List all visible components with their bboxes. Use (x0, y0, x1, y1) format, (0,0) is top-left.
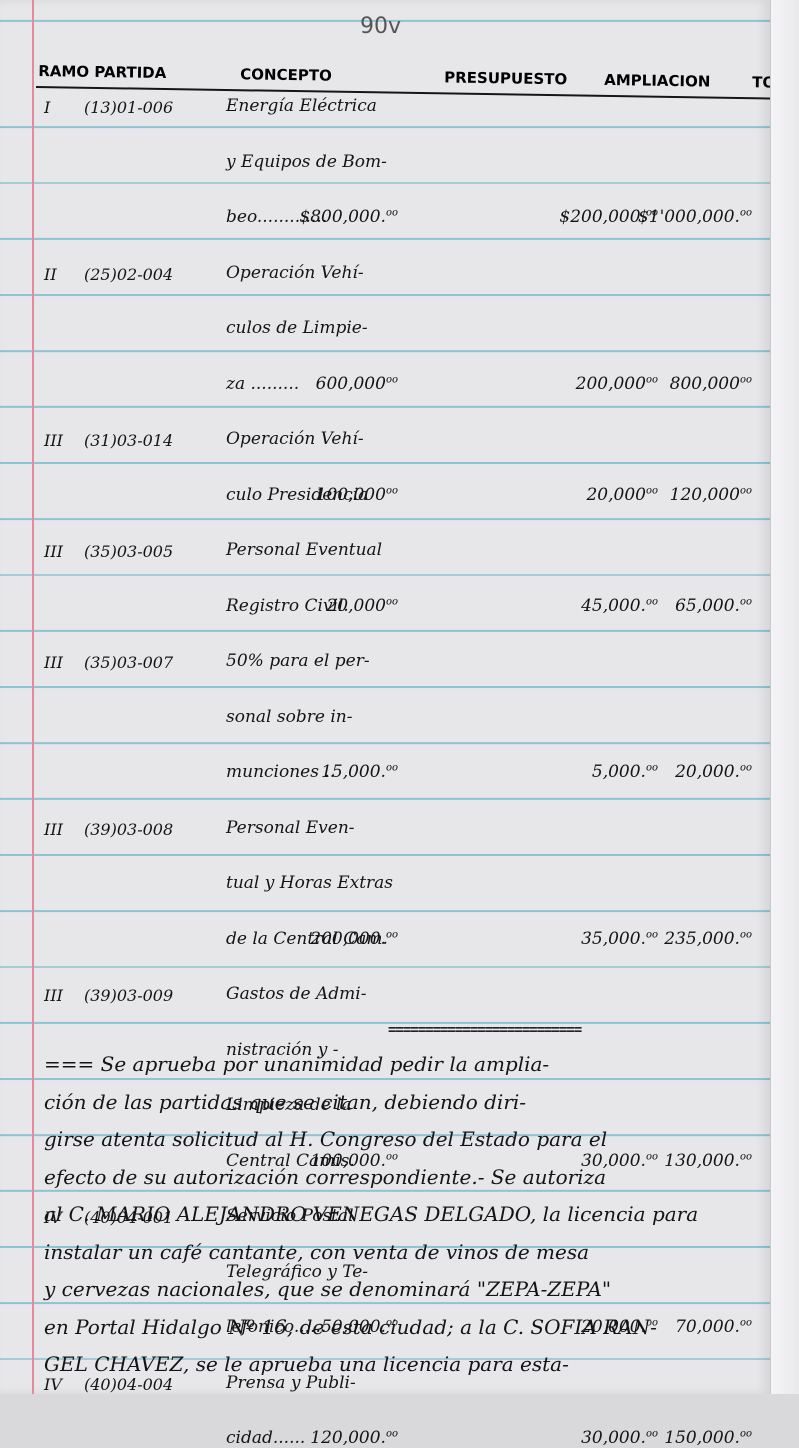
paragraph-line: GEL CHAVEZ, se le aprueba una licencia p… (44, 1352, 774, 1376)
cents-mark: oo (386, 207, 398, 218)
total-amount: $1'000,000.oo (638, 207, 752, 227)
ramo-partida-code: I(13)01-006 (44, 98, 173, 117)
header-ramo-partida: RAMO PARTIDA (38, 62, 166, 82)
cents-mark: oo (740, 207, 752, 218)
cents-mark: oo (646, 929, 658, 940)
paragraph-line: === Se aprueba por unanimidad pedir la a… (44, 1052, 774, 1076)
cents-mark: oo (740, 485, 752, 496)
total-amount: 20,000.oo (675, 762, 752, 782)
concepto-line: Gastos de Admi- (226, 984, 366, 1004)
ramo: I (44, 98, 84, 117)
header-ampliacion: AMPLIACION (604, 71, 710, 91)
paragraph-line: y cervezas nacionales, que se denominará… (44, 1277, 774, 1301)
partida: (25)02-004 (84, 265, 173, 284)
cents-mark: oo (740, 374, 752, 385)
ampliacion-amount: 200,000oo (576, 374, 658, 394)
ampliacion-amount: 35,000.oo (581, 929, 658, 949)
paragraph-line: al C. MARIO ALEJANDRO VENEGAS DELGADO, l… (44, 1202, 774, 1226)
cents-mark: oo (740, 762, 752, 773)
cents-mark: oo (646, 485, 658, 496)
ramo: III (44, 820, 84, 839)
paragraph-line: ción de las partidas que se citan, debie… (44, 1090, 774, 1114)
ramo-partida-code: III(35)03-007 (44, 653, 173, 672)
ramo: III (44, 653, 84, 672)
concepto-line: Operación Vehí- (226, 429, 364, 449)
cents-mark: oo (386, 929, 398, 940)
ramo: III (44, 986, 84, 1005)
presupuesto-amount: 600,000oo (316, 374, 398, 394)
concepto-line: Personal Even- (226, 818, 355, 838)
ramo: IV (44, 1375, 84, 1394)
paragraph-line: instalar un café cantante, con venta de … (44, 1240, 774, 1264)
total-amount: 65,000.oo (675, 596, 752, 616)
column-header-row: RAMO PARTIDA CONCEPTO PRESUPUESTO AMPLIA… (36, 56, 774, 100)
concepto-line: culos de Limpie- (226, 318, 368, 338)
page-number: 90v (360, 14, 401, 39)
ampliacion-amount: 45,000.oo (581, 596, 658, 616)
concepto-line: tual y Horas Extras (226, 873, 393, 893)
partida: (35)03-005 (84, 542, 173, 561)
header-presupuesto: PRESUPUESTO (444, 68, 567, 88)
paragraph-line: en Portal Hidalgo Nº 16, de esta ciudad;… (44, 1315, 774, 1339)
ramo-partida-code: III(39)03-008 (44, 820, 173, 839)
presupuesto-amount: 15,000.oo (321, 762, 398, 782)
cents-mark: oo (386, 1151, 398, 1162)
cents-mark: oo (740, 596, 752, 607)
cents-mark: oo (646, 1151, 658, 1162)
ramo-partida-code: II(25)02-004 (44, 265, 173, 284)
cents-mark: oo (740, 1151, 752, 1162)
concepto-line: za ......... (226, 374, 299, 394)
concepto-line: Personal Eventual (226, 540, 382, 560)
cents-mark: oo (386, 762, 398, 773)
page-edge (770, 0, 799, 1394)
ampliacion-amount: 5,000.oo (592, 762, 658, 782)
cents-mark: oo (386, 596, 398, 607)
ramo-partida-code: III(31)03-014 (44, 431, 173, 450)
total-amount: 120,000oo (670, 485, 752, 505)
red-margin-line (32, 0, 34, 1394)
separator-line: ========================== (388, 1022, 762, 1038)
header-concepto: CONCEPTO (240, 65, 332, 84)
ramo: II (44, 265, 84, 284)
ramo: III (44, 542, 84, 561)
ramo: III (44, 431, 84, 450)
ledger-page: 90v RAMO PARTIDA CONCEPTO PRESUPUESTO AM… (0, 0, 770, 1394)
paragraph-line: girse atenta solicitud al H. Congreso de… (44, 1127, 774, 1151)
cents-mark: oo (646, 596, 658, 607)
paragraph-line: efecto de su autorización correspondient… (44, 1165, 774, 1189)
total-amount: 235,000.oo (664, 929, 752, 949)
partida: (13)01-006 (84, 98, 173, 117)
ramo-partida-code: IV(40)04-004 (44, 1375, 173, 1394)
total-amount: 800,000oo (670, 374, 752, 394)
ramo-partida-code: III(39)03-009 (44, 986, 173, 1005)
cents-mark: oo (386, 485, 398, 496)
ramo-partida-code: III(35)03-005 (44, 542, 173, 561)
cents-mark: oo (386, 374, 398, 385)
presupuesto-amount: $800,000.oo (299, 207, 398, 227)
presupuesto-amount: 200,000.oo (310, 929, 398, 949)
cents-mark: oo (740, 929, 752, 940)
concepto-line: munciones .. (226, 762, 335, 782)
partida: (31)03-014 (84, 431, 173, 450)
ampliacion-amount: 20,000oo (586, 485, 658, 505)
partida: (39)03-008 (84, 820, 173, 839)
partida: (40)04-004 (84, 1375, 173, 1394)
partida: (35)03-007 (84, 653, 173, 672)
cents-mark: oo (646, 762, 658, 773)
concepto-line: y Equipos de Bom- (226, 152, 387, 172)
cents-mark: oo (646, 374, 658, 385)
partida: (39)03-009 (84, 986, 173, 1005)
presupuesto-amount: 20,000oo (326, 596, 398, 616)
presupuesto-amount: 100,000oo (316, 485, 398, 505)
concepto-line: Operación Vehí- (226, 263, 364, 283)
concepto-line: 50% para el per- (226, 651, 370, 671)
concepto-line: sonal sobre in- (226, 707, 352, 727)
concepto-line: Energía Eléctrica (226, 96, 377, 116)
